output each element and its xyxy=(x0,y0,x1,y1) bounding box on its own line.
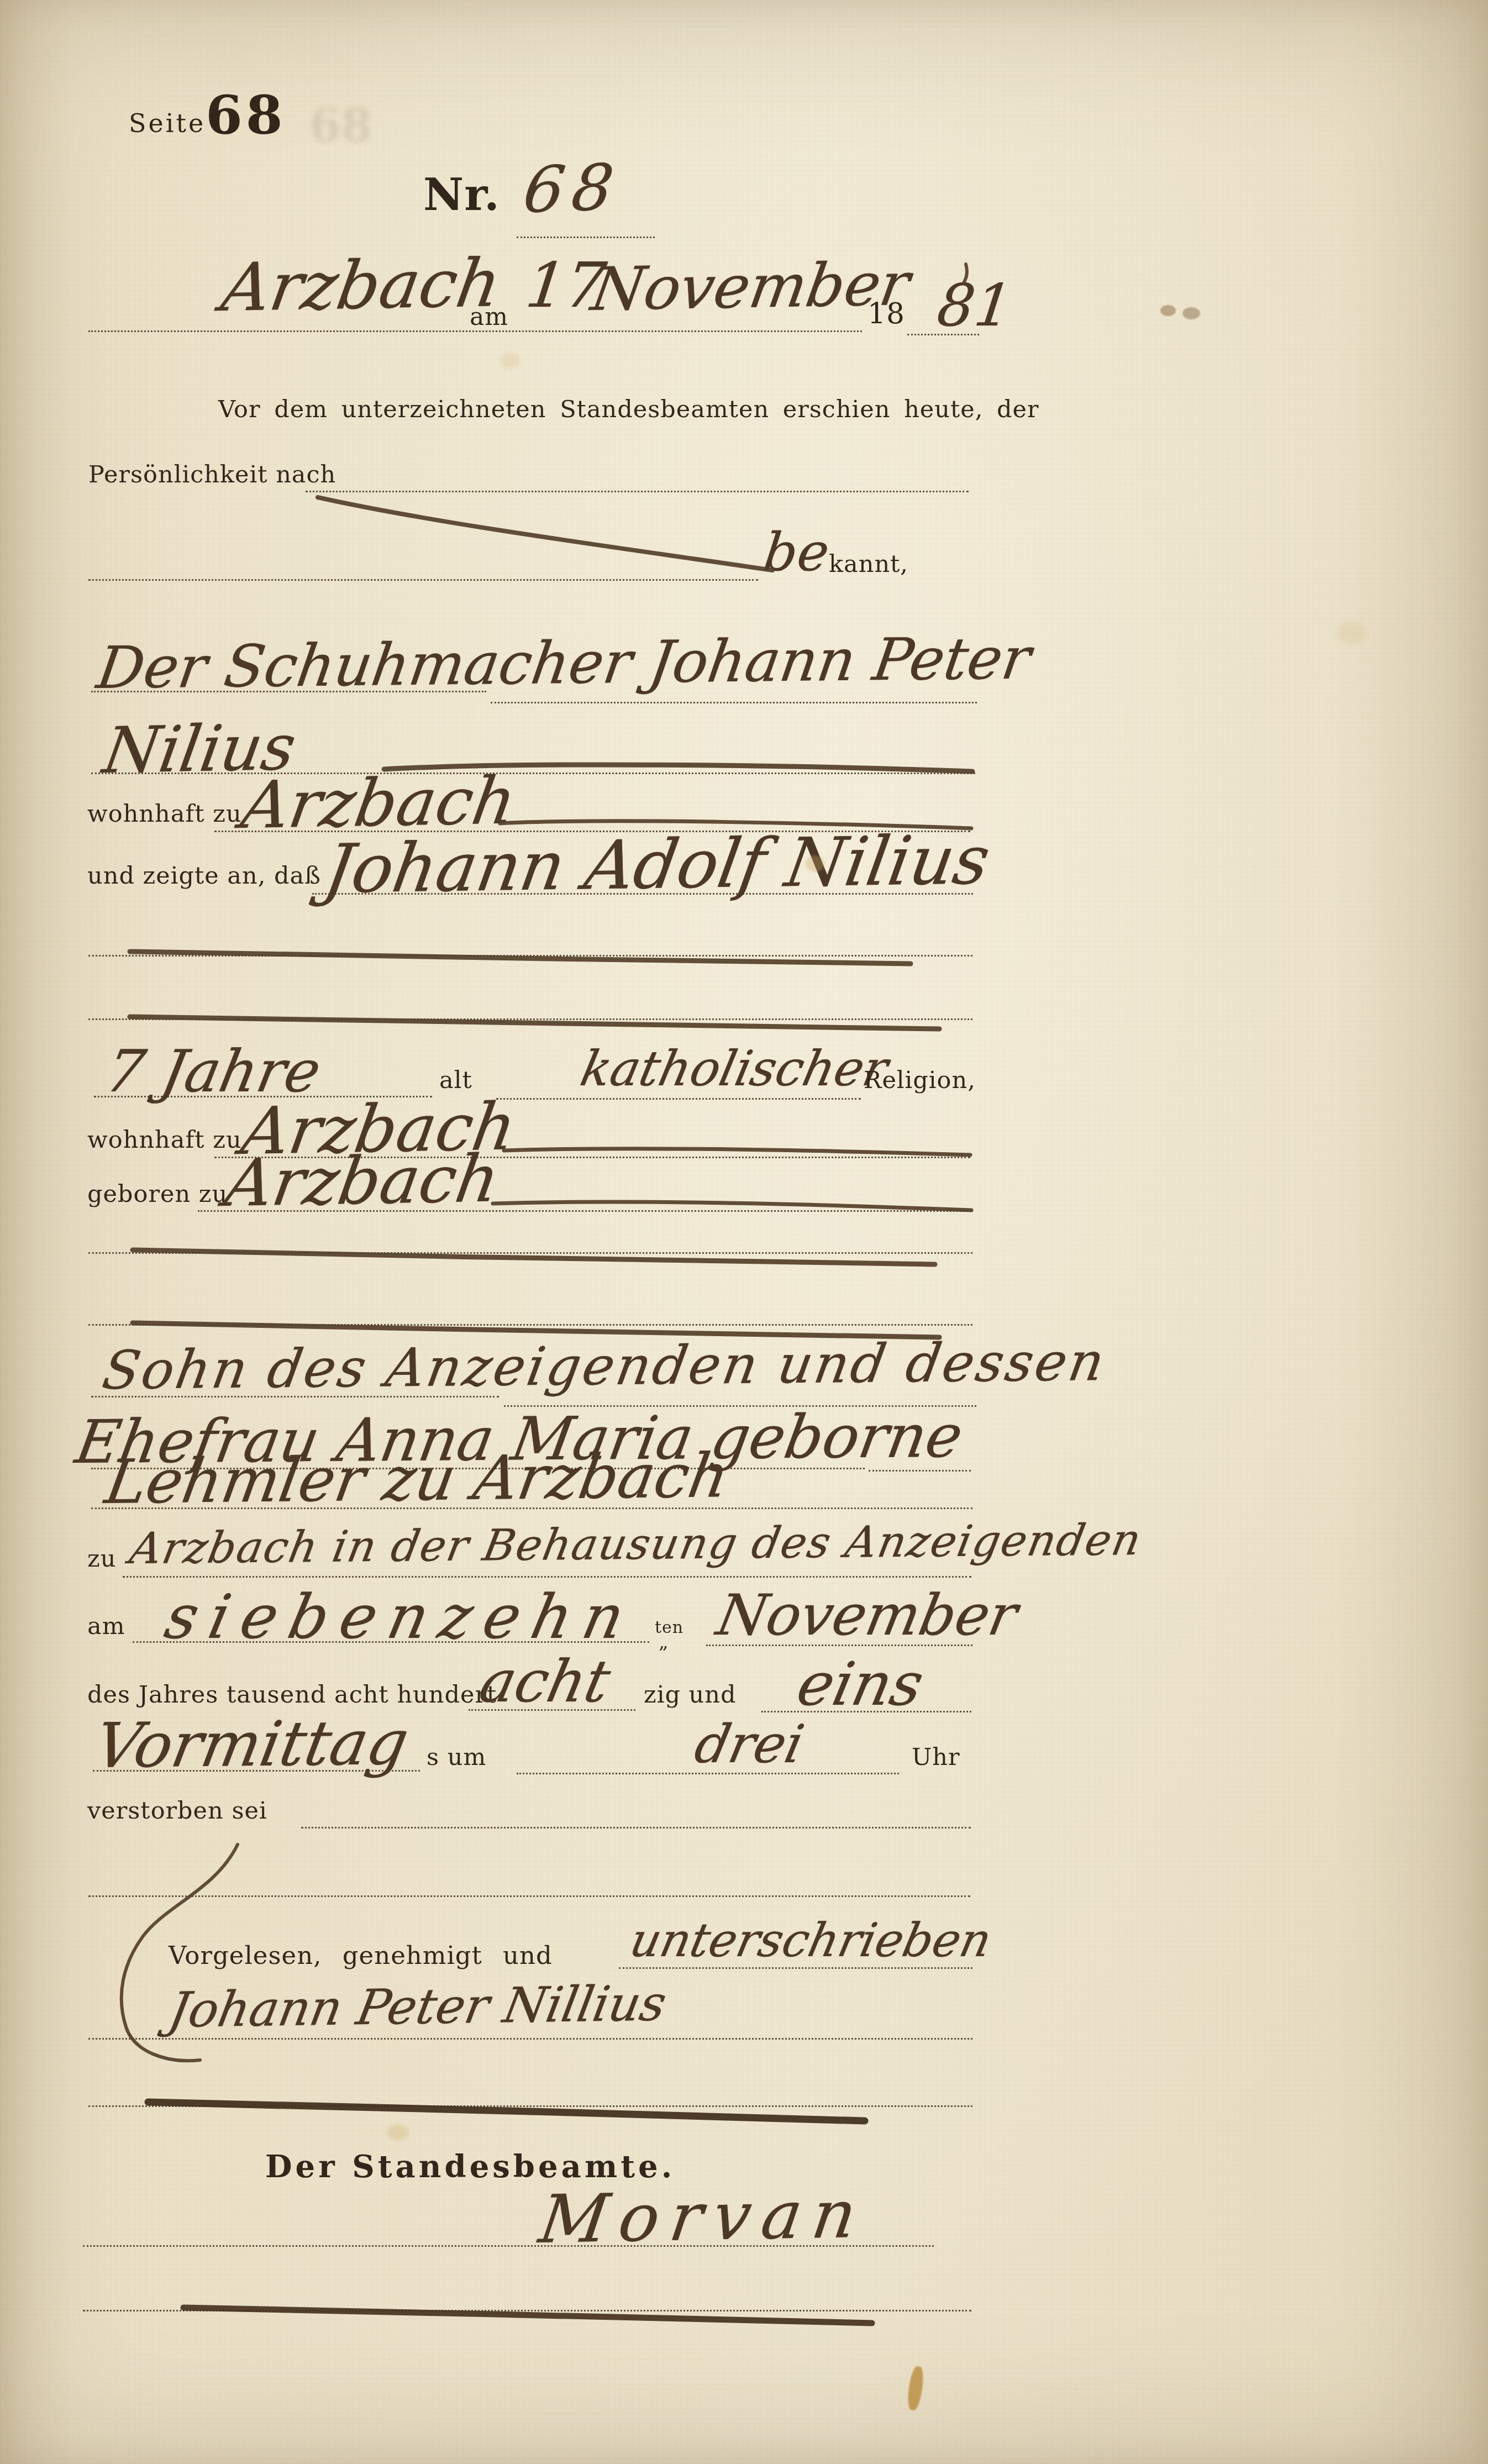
ruled-line xyxy=(907,334,979,335)
ruled-line xyxy=(133,1641,649,1643)
ink-strokes xyxy=(0,0,1488,2464)
ruled-line xyxy=(88,1895,970,1897)
unterschrieben-handwritten: unterschrieben xyxy=(625,1913,996,1967)
parents-line-1: Sohn des Anzeigenden und dessen xyxy=(98,1331,1111,1401)
zeigte-label: und zeigte an, daß xyxy=(87,862,321,890)
record-number-value: 68 xyxy=(519,150,625,228)
ruled-line xyxy=(83,2310,971,2311)
ruled-line xyxy=(198,1210,971,1212)
ruled-line xyxy=(123,1576,971,1578)
date-place: Arzbach xyxy=(217,245,506,327)
registrar-label: Der Standesbeamte. xyxy=(265,2148,675,2185)
declarant-signature: Johann Peter Nillius xyxy=(165,1975,671,2039)
ruled-line xyxy=(306,491,969,492)
wohnhaft-label-2: wohnhaft zu xyxy=(87,1126,242,1154)
ten-mark: „ xyxy=(659,1631,669,1653)
date-century: 18 xyxy=(867,297,905,330)
s-um-label: s um xyxy=(427,1743,486,1771)
ruled-line xyxy=(88,330,862,332)
date-month: November xyxy=(587,250,914,324)
kannt-label: kannt, xyxy=(829,550,908,578)
ruled-line xyxy=(517,237,655,238)
religion-value: katholischer xyxy=(576,1040,893,1097)
ruled-line xyxy=(706,1645,972,1646)
ruled-line xyxy=(469,1709,635,1711)
stain xyxy=(1337,622,1366,644)
vorgelesen-label: Vorgelesen, genehmigt und xyxy=(169,1941,553,1970)
ruled-line xyxy=(91,691,486,692)
death-year-tens: acht xyxy=(474,1648,616,1715)
ruled-line xyxy=(88,1324,972,1326)
ruled-line xyxy=(301,1827,971,1829)
stain xyxy=(387,2125,409,2140)
ruled-line xyxy=(91,1396,499,1398)
ruled-line xyxy=(619,1967,972,1969)
death-place-line: Arzbach in der Behausung des Anzeigenden xyxy=(126,1515,1146,1574)
death-year-printed: des Jahres tausend acht hundert xyxy=(87,1681,497,1709)
seite-label: Seite xyxy=(129,108,206,138)
death-year-ones: eins xyxy=(791,1650,929,1719)
ruled-line xyxy=(88,955,972,957)
ink-stroke-after-birthplace xyxy=(493,1202,971,1210)
ruled-line xyxy=(88,1018,972,1020)
wohnhaft-label-1: wohnhaft zu xyxy=(87,800,242,828)
persoenlichkeit-label: Persönlichkeit nach xyxy=(88,461,336,488)
geboren-label: geboren zu xyxy=(87,1180,228,1208)
deceased-name: Johann Adolf Nilius xyxy=(319,821,995,908)
ruled-line xyxy=(88,2038,972,2040)
death-zu-label: zu xyxy=(87,1545,116,1573)
intro-line: Vor dem unterzeichneten Standesbeamten e… xyxy=(218,396,1039,423)
stain xyxy=(1160,305,1176,316)
page-number: 68 xyxy=(206,84,286,146)
uhr-label: Uhr xyxy=(912,1743,960,1771)
ruled-line xyxy=(83,2245,934,2247)
ruled-line xyxy=(93,1770,420,1772)
stain xyxy=(906,2366,926,2412)
ink-stroke-blank-1 xyxy=(130,952,911,964)
ruled-line xyxy=(88,2105,972,2107)
zig-und-label: zig und xyxy=(644,1681,737,1709)
record-number-label: Nr. xyxy=(423,169,500,220)
ruled-line xyxy=(88,1252,972,1254)
ruled-line xyxy=(91,773,975,774)
ink-stroke-diagonal xyxy=(318,497,772,570)
ruled-line xyxy=(496,1098,861,1100)
birthplace: Arzbach xyxy=(220,1140,504,1221)
ruled-line xyxy=(491,702,977,703)
death-hour: drei xyxy=(690,1714,809,1775)
be-handwritten: be xyxy=(760,522,833,583)
page-number-ghost: 68 xyxy=(309,99,372,153)
ink-stroke-after-residence-2 xyxy=(504,1149,970,1155)
death-record-page: Seite 68 68 Nr. 68 Arzbach am 17 Novembe… xyxy=(0,0,1488,2464)
ruled-line xyxy=(869,1470,971,1472)
ruled-line xyxy=(761,1711,971,1712)
verstorben-label: verstorben sei xyxy=(87,1797,267,1825)
ruled-line xyxy=(312,893,973,895)
death-month: November xyxy=(712,1583,1023,1648)
date-year: 81 xyxy=(934,272,1016,339)
date-am-label: am xyxy=(470,303,508,331)
page-vignette xyxy=(0,0,1488,2464)
ruled-line xyxy=(517,1773,899,1774)
parents-line-3: Lehmler zu Arzbach xyxy=(101,1440,734,1517)
ruled-line xyxy=(88,579,758,581)
religion-label: Religion, xyxy=(864,1066,976,1094)
paper-texture xyxy=(0,0,1488,2464)
stain xyxy=(1182,307,1200,319)
ruled-line xyxy=(91,1507,972,1509)
death-am-label: am xyxy=(87,1612,125,1640)
stain xyxy=(500,353,520,369)
